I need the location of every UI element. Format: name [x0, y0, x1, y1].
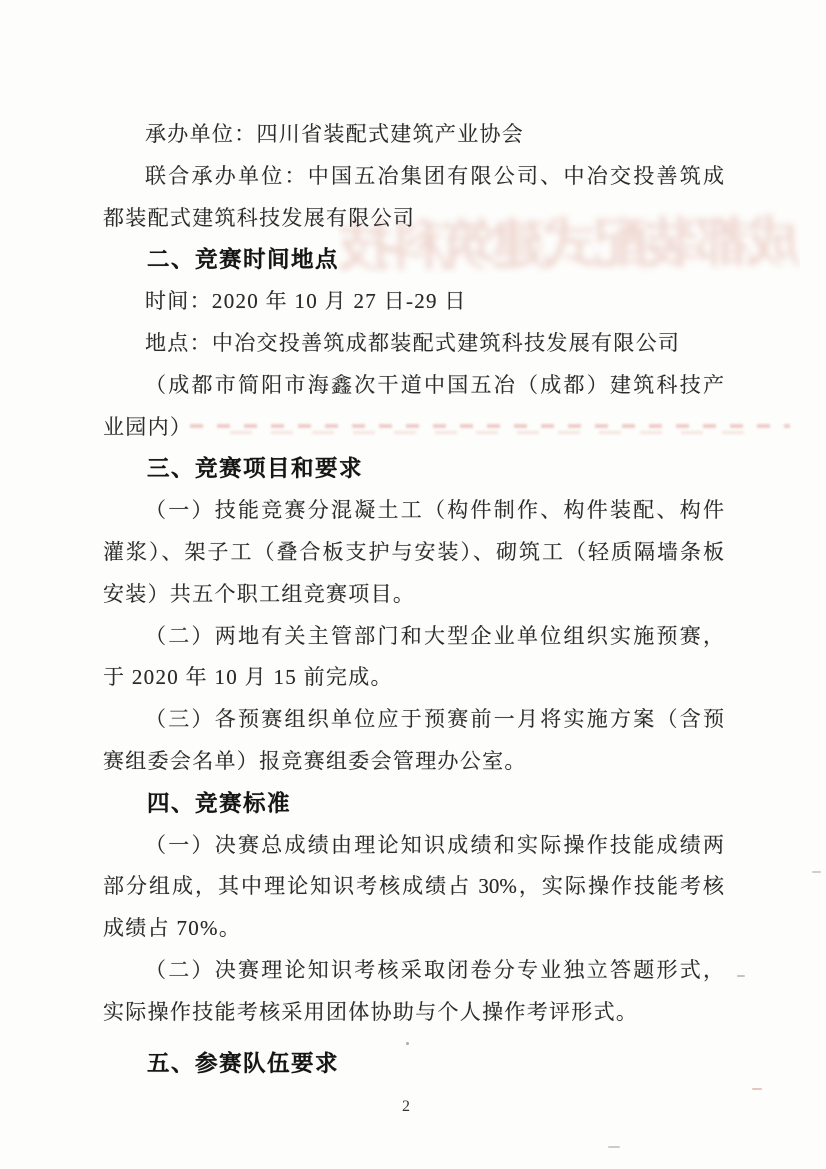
doc-line-standard-1b: 部分组成，其中理论知识考核成绩占 30%，实际操作技能考核 — [103, 866, 724, 908]
page-number: 2 — [0, 1098, 812, 1116]
doc-line-standard-2b: 实际操作技能考核采用团体协助与个人操作考评形式。 — [103, 992, 724, 1034]
doc-heading-section-5: 五、参赛队伍要求 — [103, 1043, 724, 1085]
doc-line-item-1c: 安装）共五个职工组竞赛项目。 — [103, 574, 724, 616]
doc-heading-section-4: 四、竞赛标准 — [103, 783, 724, 825]
doc-line-organizer: 承办单位：四川省装配式建筑产业协会 — [103, 114, 724, 156]
doc-line-standard-1c: 成绩占 70%。 — [103, 908, 724, 950]
doc-line-co-organizer: 联合承办单位：中国五冶集团有限公司、中冶交投善筑成 — [103, 156, 724, 198]
doc-line-item-2: （二）两地有关主管部门和大型企业单位组织实施预赛， — [103, 616, 724, 658]
doc-line-item-2b: 于 2020 年 10 月 15 前完成。 — [103, 657, 724, 699]
scan-speck — [737, 975, 745, 977]
doc-line-standard-1: （一）决赛总成绩由理论知识成绩和实际操作技能成绩两 — [103, 825, 724, 867]
doc-heading-section-3: 三、竞赛项目和要求 — [103, 448, 724, 490]
doc-line-item-3b: 赛组委会名单）报竞赛组委会管理办公室。 — [103, 741, 724, 783]
doc-line-co-organizer-2: 都装配式建筑科技发展有限公司 — [103, 198, 724, 240]
doc-line-item-1b: 灌浆）、架子工（叠合板支护与安装）、砌筑工（轻质隔墙条板 — [103, 532, 724, 574]
doc-line-address: （成都市简阳市海鑫次干道中国五冶（成都）建筑科技产 — [103, 365, 724, 407]
doc-line-time: 时间：2020 年 10 月 27 日-29 日 — [103, 281, 724, 323]
doc-line-address-2: 业园内） — [103, 407, 724, 449]
doc-line-standard-2: （二）决赛理论知识考核采取闭卷分专业独立答题形式， — [103, 950, 724, 992]
document-page: 承办单位：四川省装配式建筑产业协会 联合承办单位：中国五冶集团有限公司、中冶交投… — [0, 0, 826, 1169]
doc-line-item-3: （三）各预赛组织单位应于预赛前一月将实施方案（含预 — [103, 699, 724, 741]
doc-heading-section-2: 二、竞赛时间地点 — [103, 239, 724, 281]
scan-speck — [812, 871, 821, 873]
scan-speck — [608, 1146, 620, 1148]
scan-speck — [752, 1088, 762, 1090]
doc-line-item-1: （一）技能竞赛分混凝土工（构件制作、构件装配、构件 — [103, 490, 724, 532]
doc-line-location: 地点：中冶交投善筑成都装配式建筑科技发展有限公司 — [103, 323, 724, 365]
document-body: 承办单位：四川省装配式建筑产业协会 联合承办单位：中国五冶集团有限公司、中冶交投… — [103, 114, 724, 1084]
